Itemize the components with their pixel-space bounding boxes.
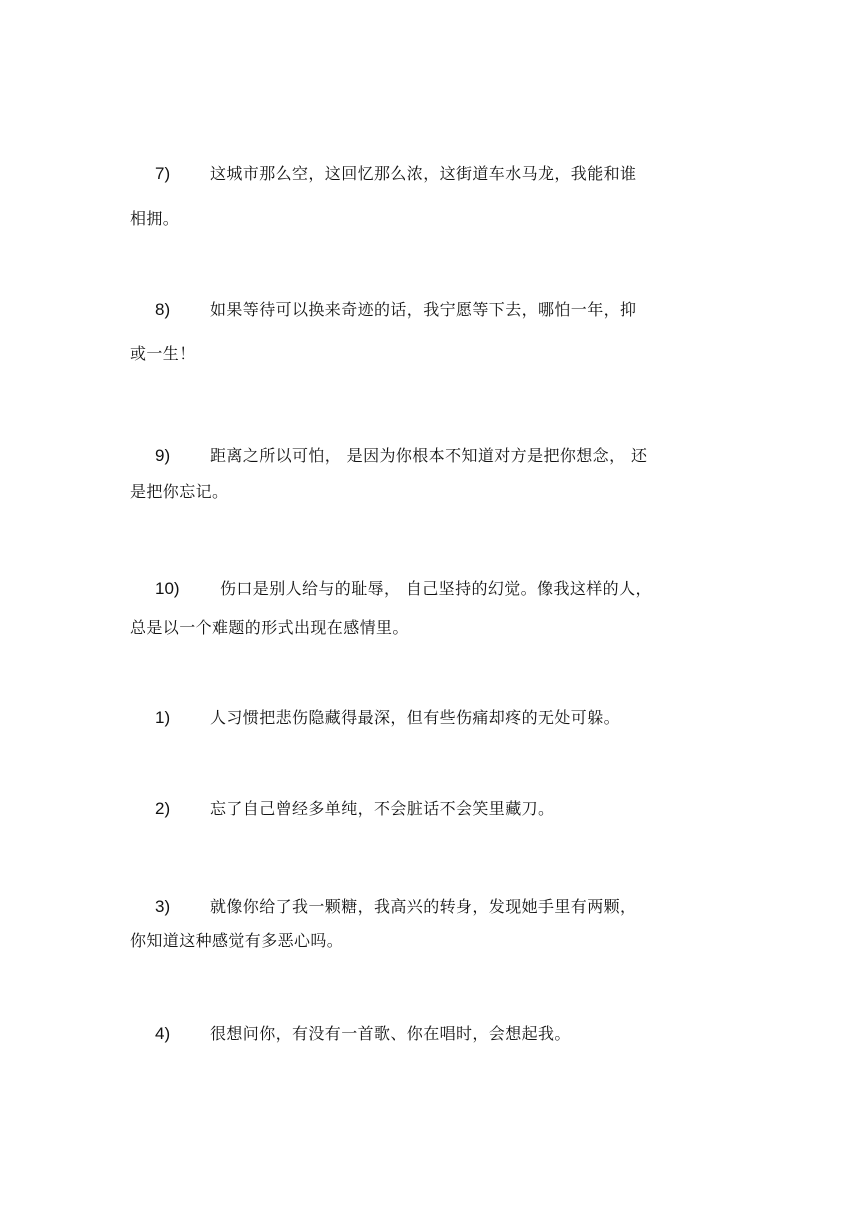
item-number: 9): [155, 445, 170, 467]
item-number: 2): [155, 798, 170, 820]
item-number: 3): [155, 896, 170, 918]
item-text-line2: 相拥。: [130, 208, 179, 230]
item-text-line2: 是把你忘记。: [130, 481, 228, 503]
item-text-line1: 忘了自己曾经多单纯，不会脏话不会笑里藏刀。: [210, 798, 554, 820]
item-text-line1: 如果等待可以换来奇迹的话，我宁愿等下去，哪怕一年，抑: [210, 299, 636, 321]
item-number: 10): [155, 578, 180, 600]
item-number: 7): [155, 163, 170, 185]
item-text-line2: 或一生！: [130, 343, 196, 365]
item-text-line1: 这城市那么空，这回忆那么浓，这街道车水马龙，我能和谁: [210, 163, 636, 185]
item-text-line1: 伤口是别人给与的耻辱， 自己坚持的幻觉。像我这样的人，: [220, 578, 652, 600]
item-text-line2: 总是以一个难题的形式出现在感情里。: [130, 617, 409, 639]
item-text-line2: 你知道这种感觉有多恶心吗。: [130, 930, 343, 952]
item-text-line1: 很想问你，有没有一首歌、你在唱时，会想起我。: [210, 1023, 571, 1045]
item-text-line1: 就像你给了我一颗糖，我高兴的转身，发现她手里有两颗，: [210, 896, 636, 918]
item-text-line1: 距离之所以可怕， 是因为你根本不知道对方是把你想念， 还: [210, 445, 647, 467]
item-number: 4): [155, 1023, 170, 1045]
item-number: 8): [155, 299, 170, 321]
item-text-line1: 人习惯把悲伤隐藏得最深，但有些伤痛却疼的无处可躲。: [210, 707, 620, 729]
item-number: 1): [155, 707, 170, 729]
